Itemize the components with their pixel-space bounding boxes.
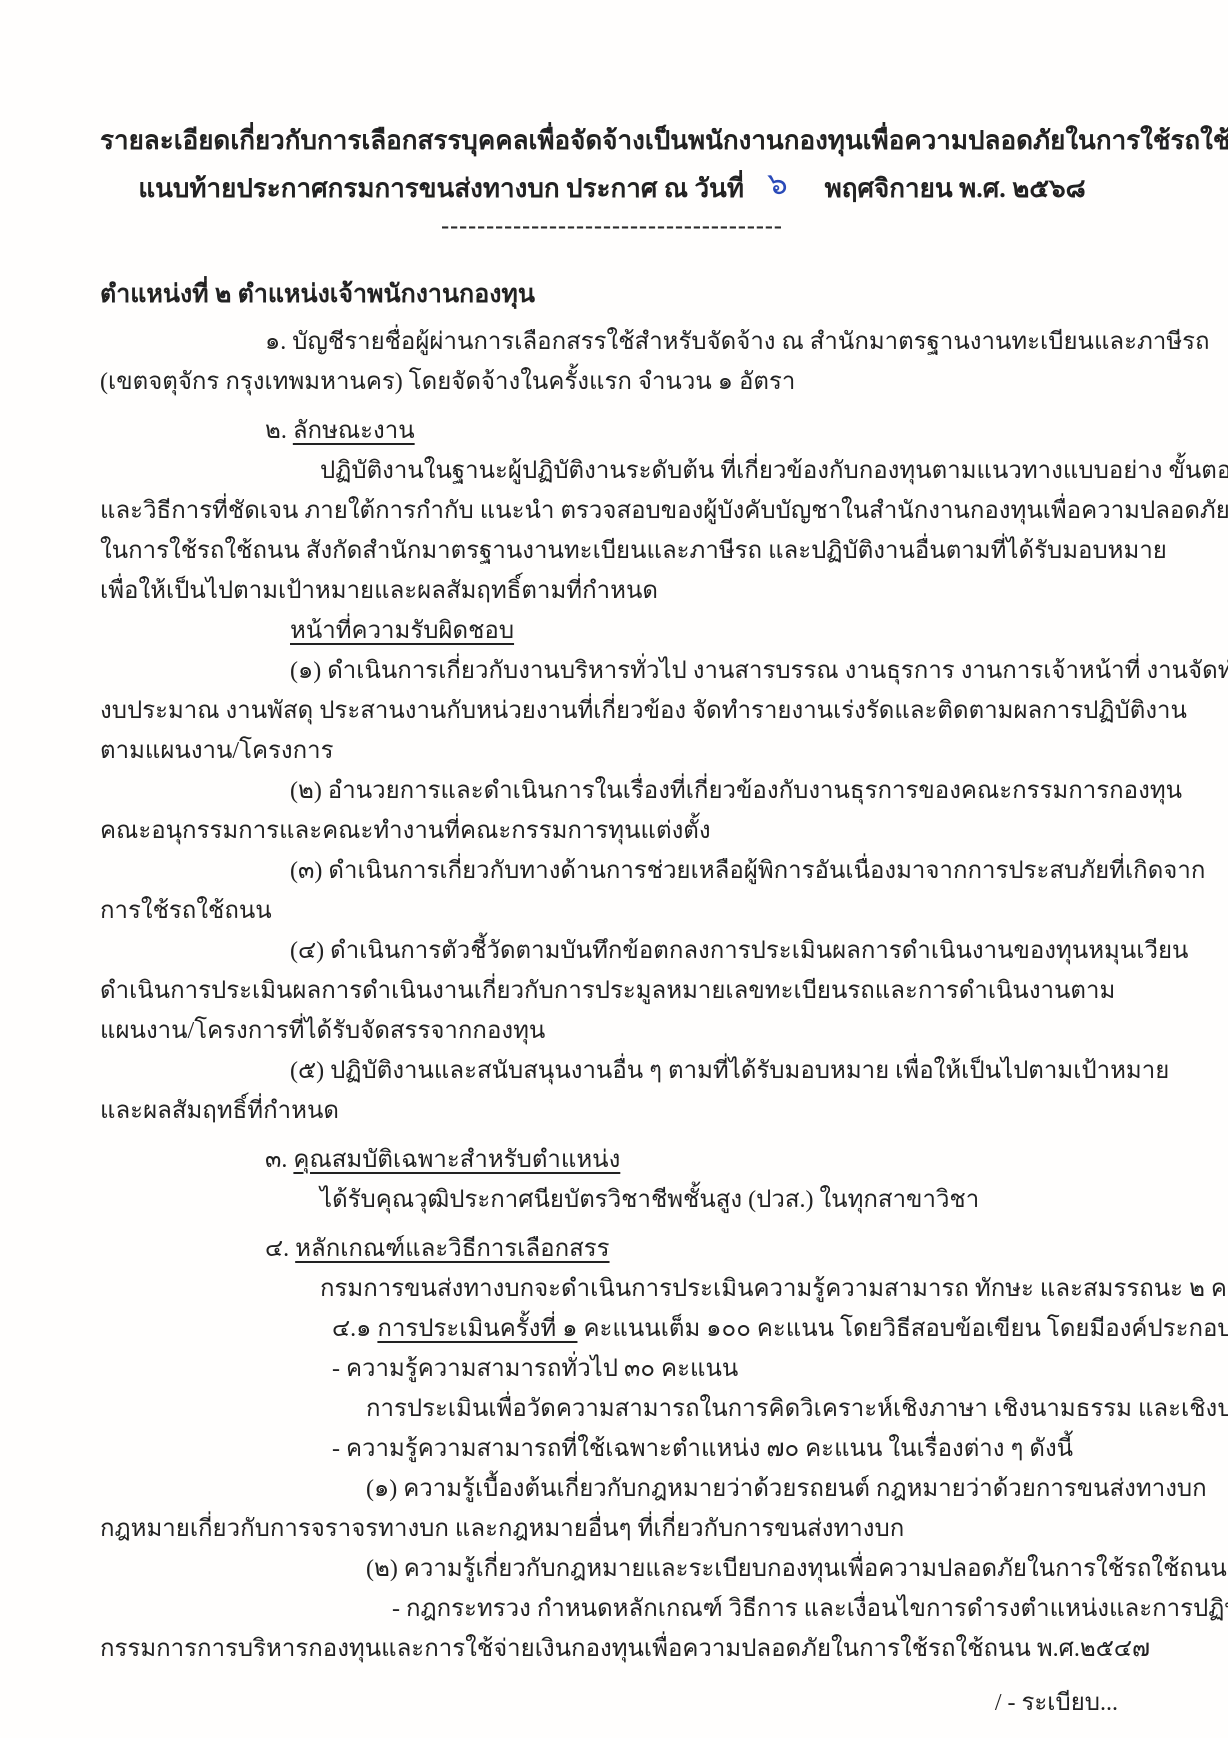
document-line: (๓) ดำเนินการเกี่ยวกับทางด้านการช่วยเหลื… <box>100 851 1124 891</box>
dashed-divider: -------------------------------------- <box>100 212 1124 240</box>
text-run: ๒. <box>265 418 293 444</box>
text-run: กรรมการการบริหารกองทุนและการใช้จ่ายเงินก… <box>100 1636 1150 1662</box>
document-line: (๒) ความรู้เกี่ยวกับกฎหมายและระเบียบกองท… <box>100 1549 1124 1589</box>
document-line: กรมการขนส่งทางบกจะดำเนินการประเมินความรู… <box>100 1269 1124 1309</box>
document-line: ได้รับคุณวุฒิประกาศนียบัตรวิชาชีพชั้นสูง… <box>100 1180 1124 1220</box>
underlined-heading-text: คุณสมบัติเฉพาะสำหรับตำแหน่ง <box>293 1147 620 1173</box>
text-run: เพื่อให้เป็นไปตามเป้าหมายและผลสัมฤทธิ์ตา… <box>100 578 658 604</box>
document-line: ๓. คุณสมบัติเฉพาะสำหรับตำแหน่ง <box>100 1140 1124 1180</box>
document-line: คณะอนุกรรมการและคณะทำงานที่คณะกรรมการทุน… <box>100 811 1124 851</box>
text-run: - ความรู้ความสามารถทั่วไป ๓๐ คะแนน <box>332 1356 738 1382</box>
text-run: ดำเนินการประเมินผลการดำเนินงานเกี่ยวกับก… <box>100 978 1115 1004</box>
document-line: กฎหมายเกี่ยวกับการจราจรทางบก และกฎหมายอื… <box>100 1509 1124 1549</box>
document-line: (๒) อำนวยการและดำเนินการในเรื่องที่เกี่ย… <box>100 771 1124 811</box>
document-line: ๔. หลักเกณฑ์และวิธีการเลือกสรร <box>100 1229 1124 1269</box>
document-line: เพื่อให้เป็นไปตามเป้าหมายและผลสัมฤทธิ์ตา… <box>100 571 1124 611</box>
text-run: ๓. <box>265 1147 293 1173</box>
document-line: - ความรู้ความสามารถที่ใช้เฉพาะตำแหน่ง ๗๐… <box>100 1429 1124 1469</box>
text-run: งบประมาณ งานพัสดุ ประสานงานกับหน่วยงานที… <box>100 698 1187 724</box>
text-run: กรมการขนส่งทางบกจะดำเนินการประเมินความรู… <box>320 1276 1228 1302</box>
text-run: ๔. <box>265 1236 295 1262</box>
document-header: รายละเอียดเกี่ยวกับการเลือกสรรบุคคลเพื่อ… <box>100 118 1124 240</box>
text-run: การใช้รถใช้ถนน <box>100 898 272 924</box>
document-line: - ความรู้ความสามารถทั่วไป ๓๐ คะแนน <box>100 1349 1124 1389</box>
document-line: ปฏิบัติงานในฐานะผู้ปฏิบัติงานระดับต้น ที… <box>100 451 1124 491</box>
text-run: และวิธีการที่ชัดเจน ภายใต้การกำกับ แนะนำ… <box>100 498 1228 524</box>
handwritten-day: ๖ <box>767 160 790 207</box>
document-line: การใช้รถใช้ถนน <box>100 891 1124 931</box>
text-run: (๕) ปฏิบัติงานและสนับสนุนงานอื่น ๆ ตามที… <box>290 1058 1169 1084</box>
document-line: แผนงาน/โครงการที่ได้รับจัดสรรจากกองทุน <box>100 1011 1124 1051</box>
text-run: แผนงาน/โครงการที่ได้รับจัดสรรจากกองทุน <box>100 1018 545 1044</box>
document-body: ๑. บัญชีรายชื่อผู้ผ่านการเลือกสรรใช้สำหร… <box>100 322 1124 1669</box>
text-run: (๑) ดำเนินการเกี่ยวกับงานบริหารทั่วไป งา… <box>290 658 1228 684</box>
document-line: ๔.๑ การประเมินครั้งที่ ๑ คะแนนเต็ม ๑๐๐ ค… <box>100 1309 1124 1349</box>
position-heading: ตำแหน่งที่ ๒ ตำแหน่งเจ้าพนักงานกองทุน <box>100 274 1124 316</box>
text-run: คะแนนเต็ม ๑๐๐ คะแนน โดยวิธีสอบข้อเขียน โ… <box>577 1316 1228 1342</box>
text-run: - กฎกระทรวง กำหนดหลักเกณฑ์ วิธีการ และเง… <box>392 1596 1228 1622</box>
document-line: ดำเนินการประเมินผลการดำเนินงานเกี่ยวกับก… <box>100 971 1124 1011</box>
document-line: ๒. ลักษณะงาน <box>100 411 1124 451</box>
text-run: (๓) ดำเนินการเกี่ยวกับทางด้านการช่วยเหลื… <box>290 858 1205 884</box>
text-run: ๔.๑ <box>332 1316 377 1342</box>
document-line: กรรมการการบริหารกองทุนและการใช้จ่ายเงินก… <box>100 1629 1124 1669</box>
document-line: และผลสัมฤทธิ์ที่กำหนด <box>100 1091 1124 1131</box>
underlined-heading-text: หน้าที่ความรับผิดชอบ <box>290 618 514 644</box>
text-run: (๒) ความรู้เกี่ยวกับกฎหมายและระเบียบกองท… <box>366 1556 1227 1582</box>
document-line: (เขตจตุจักร กรุงเทพมหานคร) โดยจัดจ้างในค… <box>100 362 1124 402</box>
document-line: (๔) ดำเนินการตัวชี้วัดตามบันทึกข้อตกลงกา… <box>100 931 1124 971</box>
text-run: (เขตจตุจักร กรุงเทพมหานคร) โดยจัดจ้างในค… <box>100 369 795 395</box>
text-run: ในการใช้รถใช้ถนน สังกัดสำนักมาตรฐานงานทะ… <box>100 538 1167 564</box>
document-line: (๑) ดำเนินการเกี่ยวกับงานบริหารทั่วไป งา… <box>100 651 1124 691</box>
text-run: กฎหมายเกี่ยวกับการจราจรทางบก และกฎหมายอื… <box>100 1516 904 1542</box>
text-run: (๑) ความรู้เบื้องต้นเกี่ยวกับกฎหมายว่าด้… <box>366 1476 1207 1502</box>
title-date-suffix: พฤศจิกายน พ.ศ. ๒๕๖๘ <box>825 174 1086 203</box>
text-run: - ความรู้ความสามารถที่ใช้เฉพาะตำแหน่ง ๗๐… <box>332 1436 1073 1462</box>
text-run: (๒) อำนวยการและดำเนินการในเรื่องที่เกี่ย… <box>290 778 1182 804</box>
text-run: (๔) ดำเนินการตัวชี้วัดตามบันทึกข้อตกลงกา… <box>290 938 1188 964</box>
text-run: ๑. บัญชีรายชื่อผู้ผ่านการเลือกสรรใช้สำหร… <box>265 329 1210 355</box>
text-run: และผลสัมฤทธิ์ที่กำหนด <box>100 1098 339 1124</box>
document-line: (๑) ความรู้เบื้องต้นเกี่ยวกับกฎหมายว่าด้… <box>100 1469 1124 1509</box>
document-line: ในการใช้รถใช้ถนน สังกัดสำนักมาตรฐานงานทะ… <box>100 531 1124 571</box>
text-run: ตามแผนงาน/โครงการ <box>100 738 334 764</box>
document-line: (๕) ปฏิบัติงานและสนับสนุนงานอื่น ๆ ตามที… <box>100 1051 1124 1091</box>
document-line: ตามแผนงาน/โครงการ <box>100 731 1124 771</box>
document-line: งบประมาณ งานพัสดุ ประสานงานกับหน่วยงานที… <box>100 691 1124 731</box>
text-run: คณะอนุกรรมการและคณะทำงานที่คณะกรรมการทุน… <box>100 818 711 844</box>
document-page: รายละเอียดเกี่ยวกับการเลือกสรรบุคคลเพื่อ… <box>0 0 1228 1738</box>
document-line: ๑. บัญชีรายชื่อผู้ผ่านการเลือกสรรใช้สำหร… <box>100 322 1124 362</box>
text-run: การประเมินเพื่อวัดความสามารถในการคิดวิเค… <box>366 1396 1228 1422</box>
underlined-heading-text: การประเมินครั้งที่ ๑ <box>377 1316 577 1342</box>
title-date-prefix: แนบท้ายประกาศกรมการขนส่งทางบก ประกาศ ณ ว… <box>138 174 744 203</box>
underlined-heading-text: ลักษณะงาน <box>293 418 415 444</box>
document-title-line1: รายละเอียดเกี่ยวกับการเลือกสรรบุคคลเพื่อ… <box>100 118 1124 164</box>
page-continuation-marker: / - ระเบียบ... <box>100 1683 1124 1723</box>
document-line: การประเมินเพื่อวัดความสามารถในการคิดวิเค… <box>100 1389 1124 1429</box>
document-line: - กฎกระทรวง กำหนดหลักเกณฑ์ วิธีการ และเง… <box>100 1589 1124 1629</box>
text-run: ปฏิบัติงานในฐานะผู้ปฏิบัติงานระดับต้น ที… <box>320 458 1228 484</box>
underlined-heading-text: หลักเกณฑ์และวิธีการเลือกสรร <box>295 1236 609 1262</box>
text-run: ได้รับคุณวุฒิประกาศนียบัตรวิชาชีพชั้นสูง… <box>320 1187 979 1213</box>
document-line: และวิธีการที่ชัดเจน ภายใต้การกำกับ แนะนำ… <box>100 491 1124 531</box>
document-title-line2: แนบท้ายประกาศกรมการขนส่งทางบก ประกาศ ณ ว… <box>100 164 1124 212</box>
document-line: หน้าที่ความรับผิดชอบ <box>100 611 1124 651</box>
